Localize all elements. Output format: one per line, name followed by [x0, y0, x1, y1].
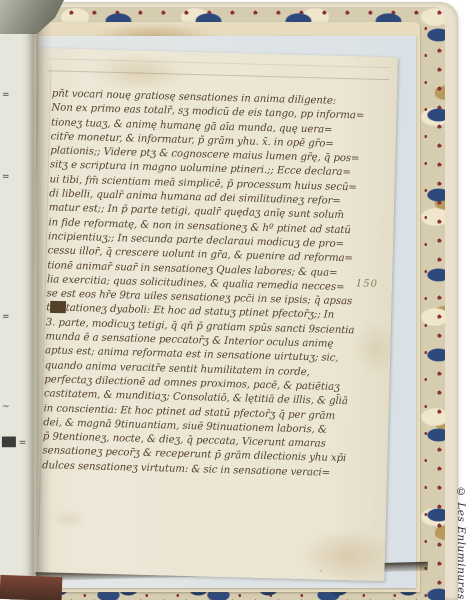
- facing-page-ink-mark: =: [2, 172, 10, 182]
- manuscript-photo: pn̄t vocari nouę gratiosę sensationes in…: [0, 0, 468, 600]
- manuscript-page: pn̄t vocari nouę gratiosę sensationes in…: [26, 48, 398, 581]
- manuscript-text-block: pn̄t vocari nouę gratiosę sensationes in…: [42, 87, 391, 482]
- folio-number: 150: [356, 278, 378, 290]
- facing-page-ink-mark: ~: [2, 402, 10, 412]
- facing-page-ink-mark: =: [2, 312, 10, 322]
- ruled-line: [47, 70, 389, 80]
- leather-corner: [0, 575, 62, 600]
- facing-page-ink-mark: =: [2, 90, 10, 100]
- ink-speck: ,: [320, 564, 323, 573]
- copyright-watermark: © Les Enluminures: [455, 486, 467, 600]
- facing-page-ink-mark: ██ =: [2, 438, 26, 448]
- gutter-shadow: [26, 14, 52, 592]
- ruled-line: [48, 58, 390, 68]
